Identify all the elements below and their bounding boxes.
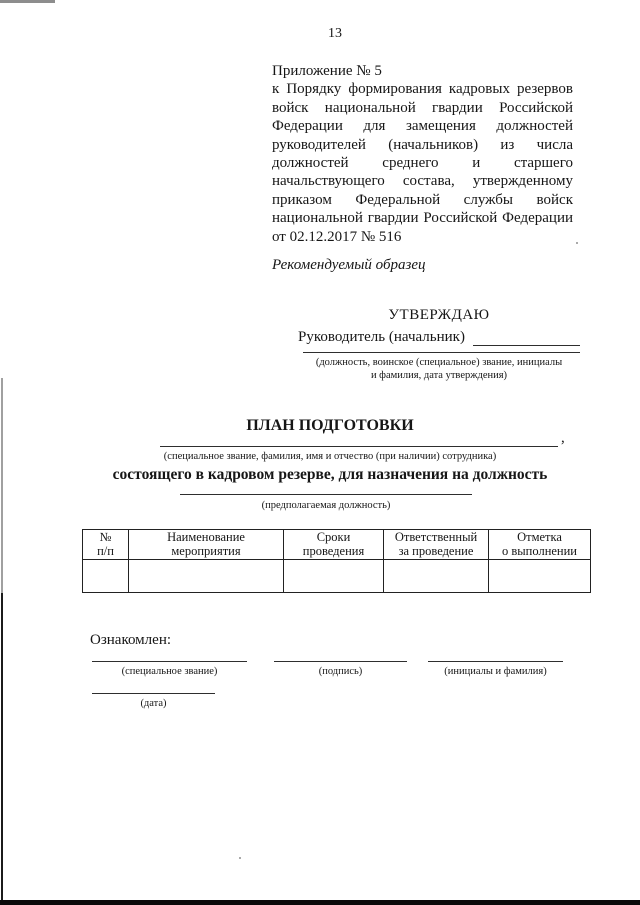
table-header-dates: Сроки проведения	[284, 530, 384, 560]
appendix-body: к Порядку формирования кадровых резервов…	[272, 80, 573, 227]
scan-artifact-bottom-edge	[0, 900, 640, 905]
plan-position-caption: (предполагаемая должность)	[70, 500, 582, 513]
scan-speck	[576, 242, 578, 244]
signature-line-name	[428, 650, 563, 662]
signature-caption: (подпись)	[274, 666, 407, 679]
signature-line-rank	[92, 650, 247, 662]
sample-note: Рекомендуемый образец	[272, 256, 426, 274]
plan-person-line	[160, 433, 558, 447]
appendix-last-line: от 02.12.2017 № 516	[272, 228, 573, 246]
approval-caption: (должность, воинское (специальное) звани…	[296, 357, 582, 382]
table-cell-activity	[129, 560, 284, 593]
approval-underline	[303, 340, 580, 353]
appendix-title: Приложение № 5	[272, 62, 573, 80]
scan-artifact-top-edge	[0, 0, 55, 3]
plan-line-comma: ,	[561, 430, 565, 447]
scan-artifact-left-edge-upper	[1, 378, 3, 593]
training-plan-table: № п/п Наименование мероприятия Сроки про…	[82, 529, 591, 593]
table-empty-row	[83, 560, 591, 593]
page-number: 13	[285, 26, 385, 42]
scan-speck	[239, 857, 241, 859]
rank-caption: (специальное звание)	[92, 666, 247, 679]
table-header-responsible: Ответственный за проведение	[384, 530, 489, 560]
table-cell-dates	[284, 560, 384, 593]
date-caption: (дата)	[92, 698, 215, 711]
approval-heading: УТВЕРЖДАЮ	[298, 306, 580, 324]
table-cell-completion	[489, 560, 591, 593]
appendix-block: Приложение № 5 к Порядку формирования ка…	[272, 62, 573, 246]
plan-person-caption: (специальное звание, фамилия, имя и отче…	[70, 451, 590, 464]
plan-position-line	[180, 481, 472, 495]
name-caption: (инициалы и фамилия)	[428, 666, 563, 679]
scan-artifact-left-edge-lower	[1, 593, 3, 905]
acknowledged-label: Ознакомлен:	[90, 631, 171, 649]
table-header-row: № п/п Наименование мероприятия Сроки про…	[83, 530, 591, 560]
table-cell-responsible	[384, 560, 489, 593]
table-header-completion: Отметка о выполнении	[489, 530, 591, 560]
table-cell-num	[83, 560, 129, 593]
table-header-num: № п/п	[83, 530, 129, 560]
table-header-activity: Наименование мероприятия	[129, 530, 284, 560]
signature-line-date	[92, 682, 215, 694]
document-page: 13 Приложение № 5 к Порядку формирования…	[0, 0, 640, 905]
signature-line-signature	[274, 650, 407, 662]
